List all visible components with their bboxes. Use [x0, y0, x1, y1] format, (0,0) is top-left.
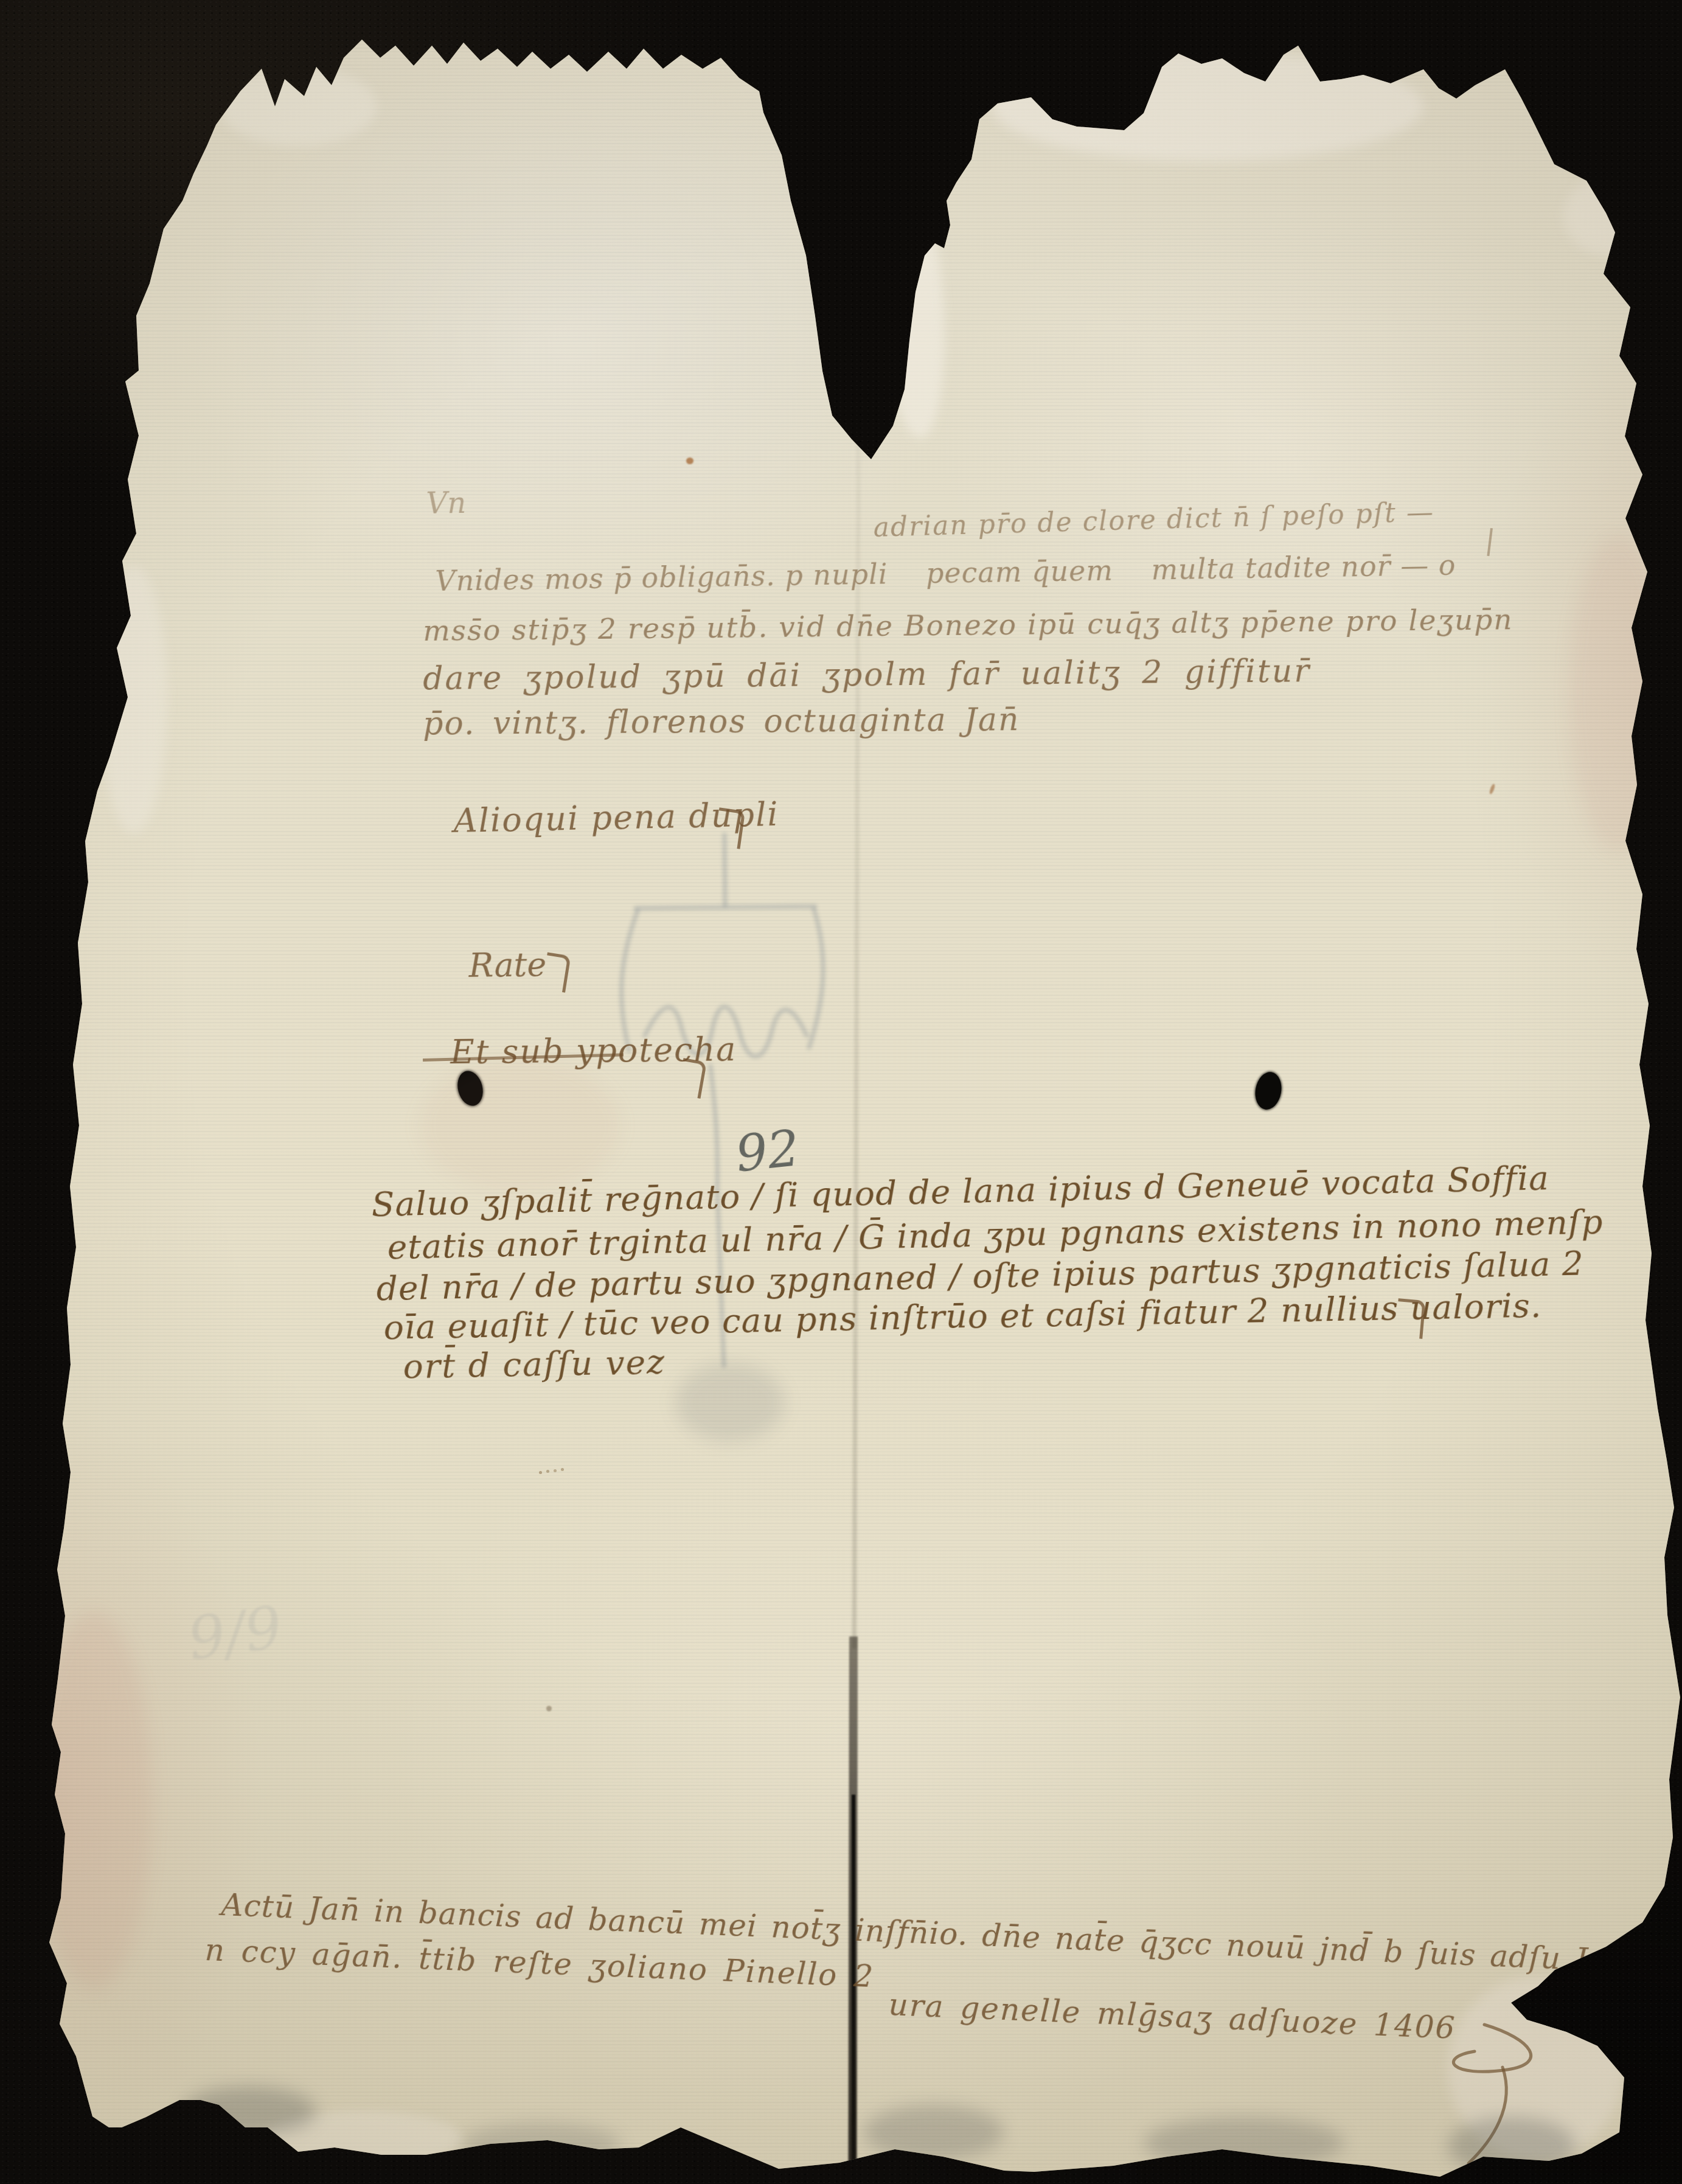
center-fold-crease-lower — [848, 1636, 858, 2181]
hypothec-note-line: Et sub ypotecha — [450, 1030, 737, 1071]
manuscript-line: Vn — [426, 486, 467, 521]
paragraph-hook-mark — [1395, 1298, 1425, 1339]
pink-stain — [420, 1059, 620, 1192]
gray-stain — [864, 2105, 1004, 2160]
paragraph-hook-mark — [541, 952, 571, 992]
manuscript-line: Saluo ʒſpalit̄ reḡnato / ſi quod de lana… — [371, 1158, 1550, 1224]
penalty-clause-line: Alioqui pena dupli — [453, 795, 779, 840]
center-fold-crease-core — [852, 1795, 855, 2178]
rate-note-line: Rate — [468, 945, 547, 985]
manuscript-line: n ccy aḡan̄. t̄tib reſte ʒoliano Pinello… — [204, 1932, 875, 1994]
manuscript-line: adrian pr̄o de clore dict n̄ ſ peſo pſt … — [873, 496, 1434, 543]
rust-speck — [686, 457, 693, 464]
left-binding-hole — [454, 1068, 487, 1108]
photo-stage: Vn adrian pr̄o de clore dict n̄ ſ peſo p… — [0, 0, 1682, 2184]
manuscript-line: p̄o. vintʒ. florenos octuaginta Jan̄ — [423, 701, 1020, 742]
manuscript-line: oīa euaſit / tūc veo cau pns inſtrūo et … — [383, 1285, 1542, 1347]
right-binding-hole — [1253, 1070, 1284, 1111]
paragraph-hook-mark — [677, 1058, 707, 1099]
center-fold-crease-upper — [852, 389, 861, 1649]
manuscript-line: etatis anor̄ trginta ul nr̄a / Ḡ inda ʒp… — [387, 1202, 1604, 1267]
manuscript-line: Vnides mos p̄ obligan̄s. p nupli pecam q… — [435, 549, 1456, 597]
manuscript-line: dare ʒpolud ʒpū dāi ʒpolm far̄ ualitʒ 2 … — [423, 653, 1311, 697]
manuscript-line: ort̄ d caſſu vez — [403, 1342, 666, 1386]
stray-pen-tick — [1487, 528, 1493, 556]
gray-stain — [675, 1363, 785, 1442]
rust-speck — [1489, 784, 1496, 795]
manuscript-line: ura genelle mlḡsaʒ adſuoze 1406 — [888, 1987, 1457, 2046]
manuscript-line: mss̄o stip̄ʒ 2 resp̄ utb̄. vid dn̄e Bone… — [423, 603, 1513, 648]
archival-number: 92 — [733, 1120, 802, 1184]
ink-speck — [546, 1706, 552, 1711]
manuscript-line: Actū Jan̄ in bancis ad bancū mei not̄ʒ i… — [221, 1887, 1679, 1981]
cancellation-strikethrough — [423, 1053, 624, 1062]
paragraph-hook-mark — [714, 807, 745, 849]
manuscript-line: del nr̄a / de partu suo ʒpgnaned / oſte … — [376, 1243, 1584, 1308]
pencil-foliation-number: 9/9 — [184, 1593, 287, 1673]
dotted-mark — [539, 1471, 542, 1474]
